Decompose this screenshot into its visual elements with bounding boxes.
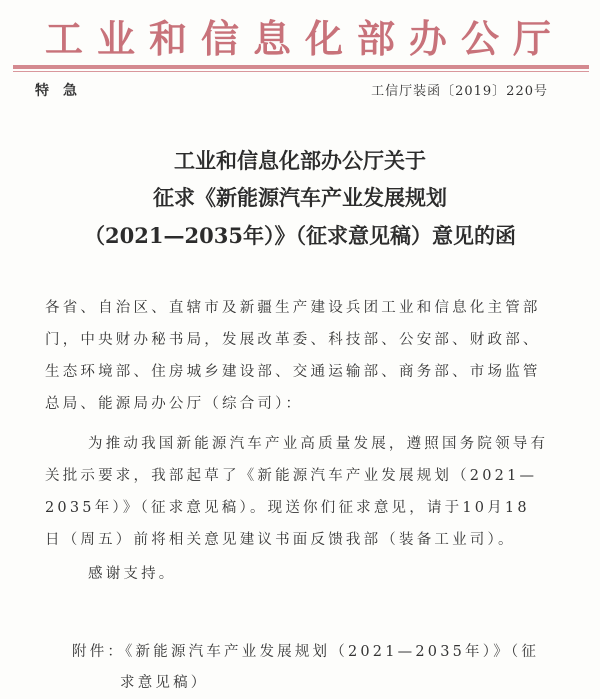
- body-paragraph-line: 日（周五）前将相关意见建议书面反馈我部（装备工业司）。: [45, 528, 516, 549]
- document-title-line-1: 工业和信息化部办公厅关于: [0, 145, 600, 175]
- urgency-label: 特急: [35, 80, 91, 100]
- addressee-line: 总局、能源局办公厅（综合司）：: [45, 392, 303, 413]
- addressee-line: 各省、自治区、直辖市及新疆生产建设兵团工业和信息化主管部: [45, 296, 541, 317]
- attachment-line-1: 附件：《新能源汽车产业发展规划（2021—2035年）》（征: [72, 640, 539, 661]
- body-paragraph-line: 2035年）》（征求意见稿）。现送你们征求意见，请于10月18: [45, 496, 530, 517]
- document-number: 工信厅装函〔2019〕220号: [371, 80, 548, 99]
- letterhead-red-rule-thin: [13, 71, 589, 72]
- addressee-line: 生态环境部、住房城乡建设部、交通运输部、商务部、市场监管: [45, 360, 541, 381]
- addressee-line: 门，中央财办秘书局，发展改革委、科技部、公安部、财政部、: [45, 328, 541, 349]
- attachment-line-2: 求意见稿）: [120, 671, 209, 692]
- letterhead-issuer: 工业和信息化部办公厅: [0, 8, 600, 63]
- document-title-line-2: 征求《新能源汽车产业发展规划: [0, 182, 600, 212]
- letterhead-red-rule-thick: [13, 65, 589, 69]
- body-paragraph-line: 为推动我国新能源汽车产业高质量发展，遵照国务院领导有: [88, 432, 548, 453]
- body-paragraph-line: 关批示要求，我部起草了《新能源汽车产业发展规划（2021—: [45, 464, 537, 485]
- closing-text: 感谢支持。: [88, 562, 177, 583]
- document-title-line-3: （2021—2035年）》（征求意见稿）意见的函: [0, 220, 600, 250]
